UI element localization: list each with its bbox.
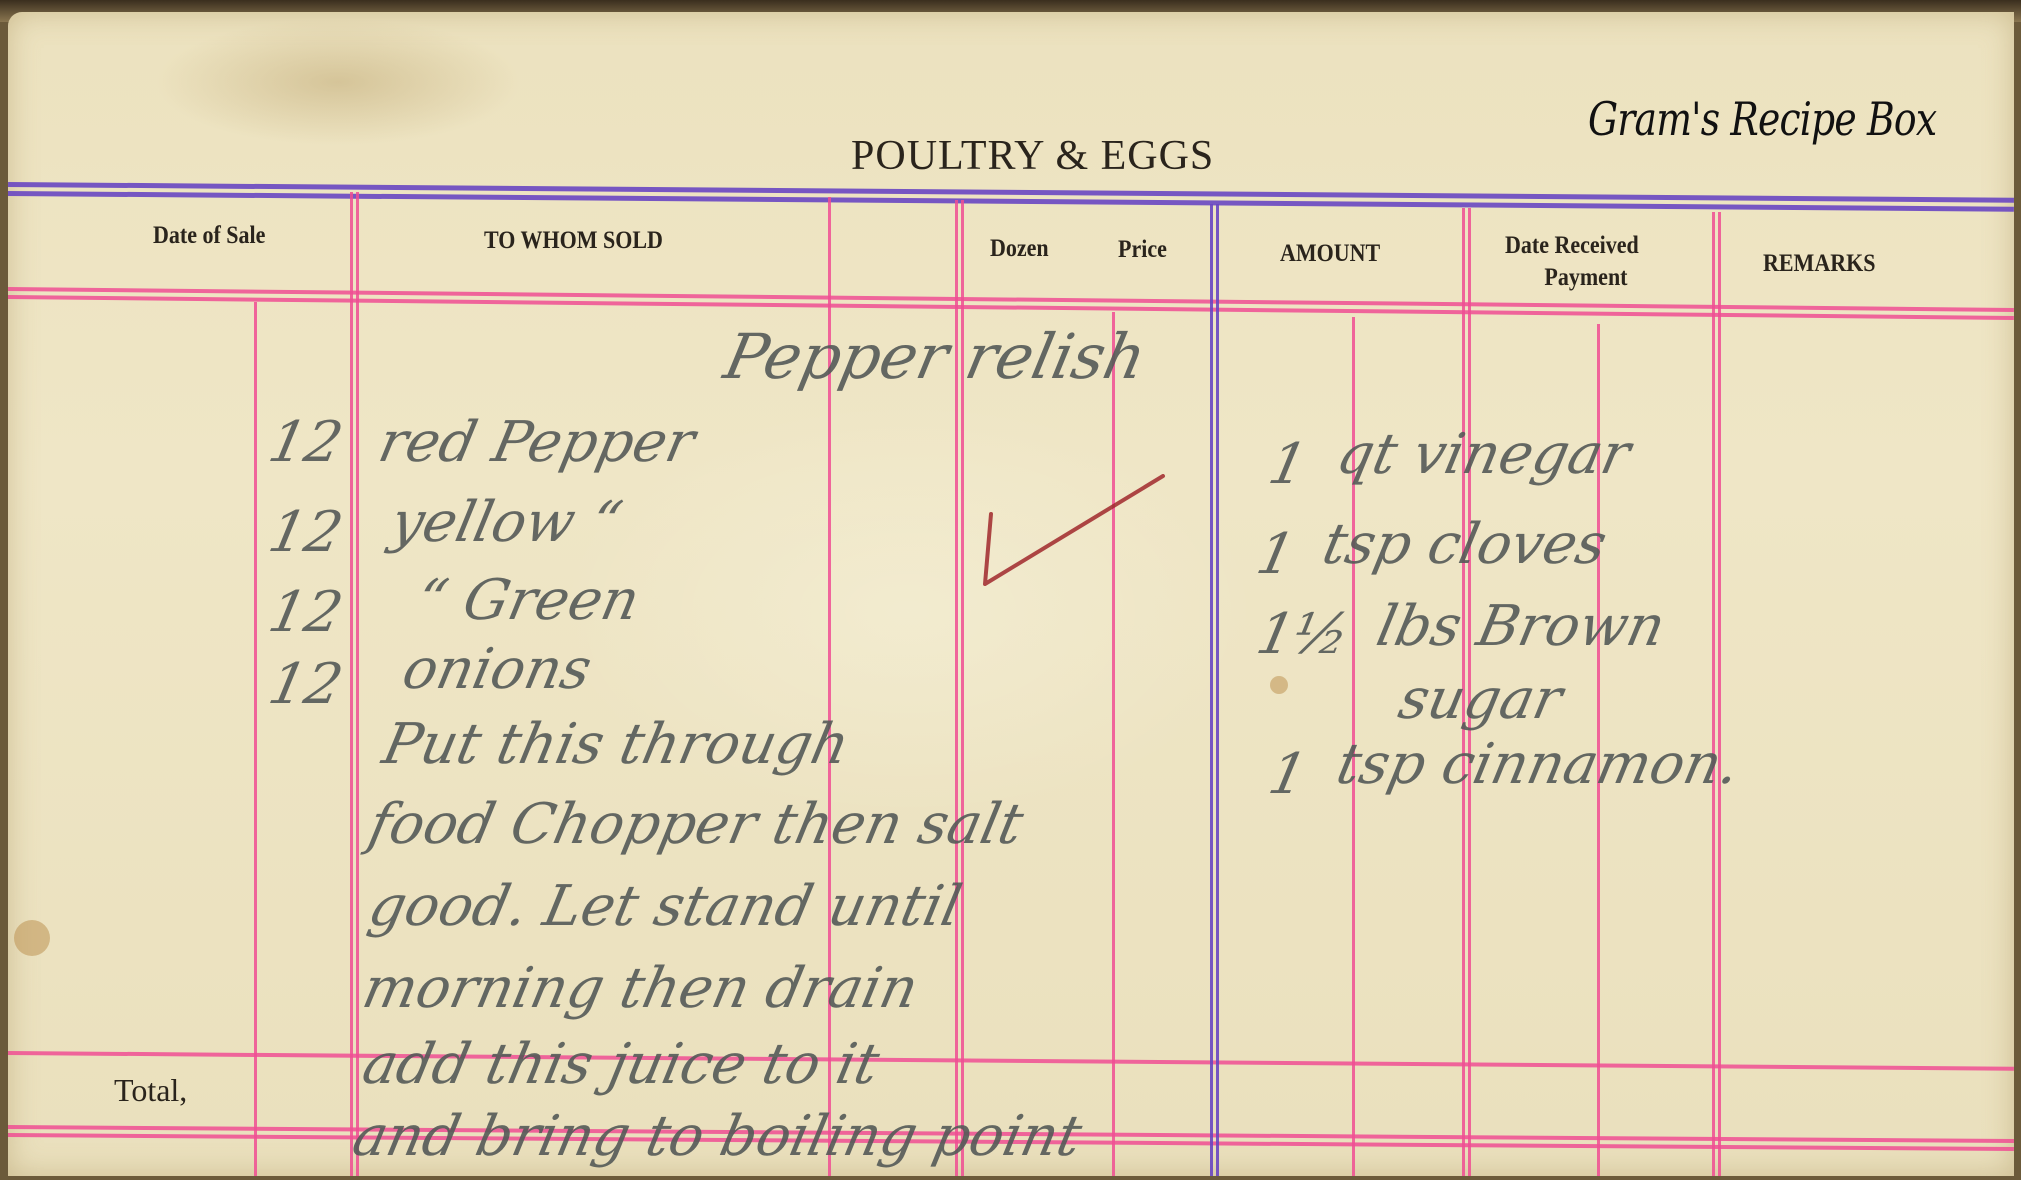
ingredient-qty: 1½ [1251,602,1355,667]
header-top-rule [8,182,2014,212]
ingredient-item: red Pepper [373,410,700,475]
brand-watermark: Gram's Recipe Box [1588,92,1936,146]
column-header-date-received-payment: Date Received Payment [1505,230,1639,294]
ingredient-qty: 12 [263,580,348,645]
ingredient-qty: 12 [263,410,348,475]
column-header-price: Price [1118,236,1167,264]
dozen-price-rule [1112,312,1115,1176]
instruction-line: morning then drain [357,956,924,1021]
ledger-title: POULTRY & EGGS [851,132,1214,180]
ingredient-item: onions [397,637,597,702]
ingredient-qty: 12 [263,500,348,565]
header-line-1: Date Received [1505,230,1639,262]
column-header-dozen: Dozen [990,235,1049,263]
column-header-date-of-sale: Date of Sale [153,222,265,250]
check-mark-icon [983,474,1183,594]
ingredient-item: lbs Brown [1371,594,1671,659]
date-sub-rule [254,302,257,1176]
instruction-line: add this juice to it [357,1032,885,1097]
instruction-line: and bring to boiling point [347,1104,1087,1169]
paper-stain [1270,676,1288,694]
instruction-line: Put this through [377,712,855,777]
recipe-title: Pepper relish [718,320,1152,393]
date-column-rule [350,192,359,1176]
received-column-rule [1712,212,1721,1176]
ingredient-item: tsp cloves [1317,512,1612,577]
paper-stain [14,920,50,956]
ingredient-item: qt vinegar [1331,422,1636,487]
ingredient-qty: 1 [1263,432,1312,497]
ingredient-item: yellow “ [385,490,628,555]
ledger-page: POULTRY & EGGS Gram's Recipe Box Date of… [8,12,2014,1176]
ingredient-qty: 12 [263,652,348,717]
instruction-line: good. Let stand until [363,874,967,939]
ingredient-item: tsp cinnamon. [1331,732,1745,797]
column-header-to-whom-sold: TO WHOM SOLD [484,227,663,255]
price-column-rule [1210,204,1219,1176]
column-header-amount: AMOUNT [1280,240,1380,268]
column-header-remarks: REMARKS [1763,250,1875,278]
ingredient-qty: 1 [1263,742,1312,807]
instruction-line: food Chopper then salt [363,792,1029,857]
ingredient-item: “ Green [411,568,645,633]
header-line-2: Payment [1505,262,1639,294]
ingredient-item: sugar [1393,667,1568,732]
total-label: Total, [114,1072,187,1109]
ingredient-qty: 1 [1251,522,1300,587]
